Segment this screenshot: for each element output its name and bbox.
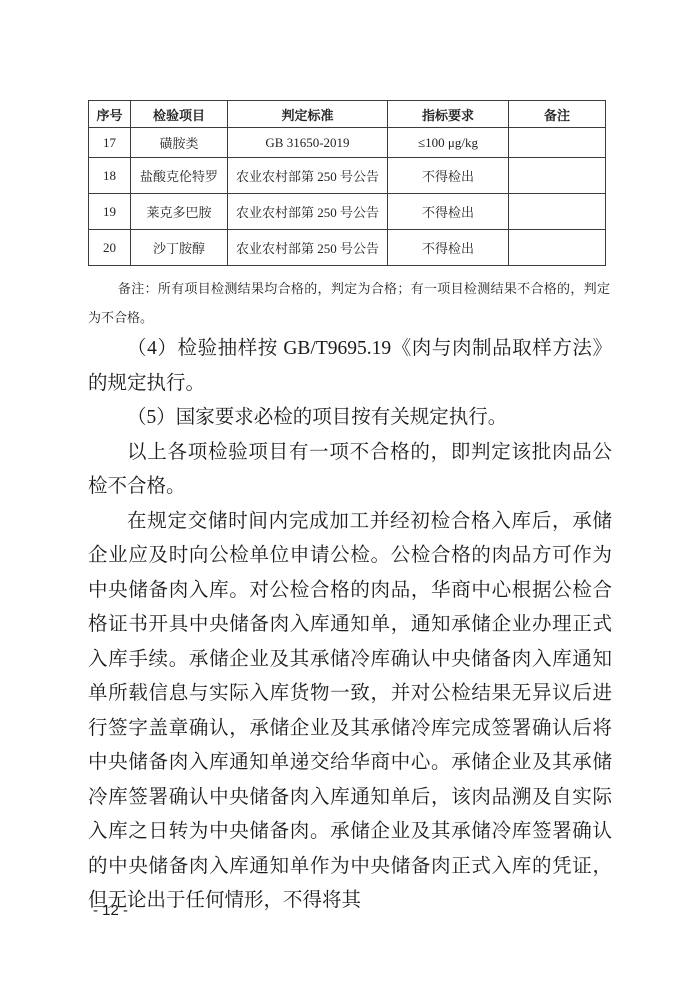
cell-serial-no: 18	[89, 158, 131, 194]
table-row: 19 莱克多巴胺 农业农村部第 250 号公告 不得检出	[89, 194, 606, 230]
document-page: 序号 检验项目 判定标准 指标要求 备注 17 磺胺类 GB 31650-201…	[0, 0, 700, 989]
column-header-item: 检验项目	[131, 101, 228, 128]
inspection-items-table: 序号 检验项目 判定标准 指标要求 备注 17 磺胺类 GB 31650-201…	[88, 100, 606, 266]
paragraph-sampling-method: （4）检验抽样按 GB/T9695.19《肉与肉制品取样方法》的规定执行。	[88, 332, 612, 401]
table-row: 18 盐酸克伦特罗 农业农村部第 250 号公告 不得检出	[89, 158, 606, 194]
column-header-remark: 备注	[509, 101, 606, 128]
cell-remark	[509, 128, 606, 158]
cell-requirement: 不得检出	[388, 158, 509, 194]
cell-item: 盐酸克伦特罗	[131, 158, 228, 194]
page-number: - 12 -	[93, 902, 128, 919]
body-text: （4）检验抽样按 GB/T9695.19《肉与肉制品取样方法》的规定执行。 （5…	[88, 332, 612, 919]
cell-remark	[509, 194, 606, 230]
table-note: 备注：所有项目检测结果均合格的，判定为合格；有一项目检测结果不合格的，判定为不合…	[88, 274, 610, 332]
table-row: 20 沙丁胺醇 农业农村部第 250 号公告 不得检出	[89, 230, 606, 266]
cell-item: 莱克多巴胺	[131, 194, 228, 230]
column-header-serial-no: 序号	[89, 101, 131, 128]
cell-remark	[509, 158, 606, 194]
cell-serial-no: 17	[89, 128, 131, 158]
column-header-requirement: 指标要求	[388, 101, 509, 128]
table-header-row: 序号 检验项目 判定标准 指标要求 备注	[89, 101, 606, 128]
cell-remark	[509, 230, 606, 266]
cell-requirement: 不得检出	[388, 230, 509, 266]
table-row: 17 磺胺类 GB 31650-2019 ≤100 μg/kg	[89, 128, 606, 158]
cell-standard: 农业农村部第 250 号公告	[228, 158, 388, 194]
cell-standard: GB 31650-2019	[228, 128, 388, 158]
paragraph-fail-judgement: 以上各项检验项目有一项不合格的，即判定该批肉品公检不合格。	[88, 436, 612, 505]
cell-requirement: ≤100 μg/kg	[388, 128, 509, 158]
cell-item: 磺胺类	[131, 128, 228, 158]
cell-requirement: 不得检出	[388, 194, 509, 230]
paragraph-storage-process: 在规定交储时间内完成加工并经初检合格入库后，承储企业应及时向公检单位申请公检。公…	[88, 505, 612, 919]
cell-standard: 农业农村部第 250 号公告	[228, 230, 388, 266]
cell-standard: 农业农村部第 250 号公告	[228, 194, 388, 230]
paragraph-national-items: （5）国家要求必检的项目按有关规定执行。	[88, 401, 612, 436]
cell-serial-no: 19	[89, 194, 131, 230]
cell-item: 沙丁胺醇	[131, 230, 228, 266]
cell-serial-no: 20	[89, 230, 131, 266]
column-header-standard: 判定标准	[228, 101, 388, 128]
